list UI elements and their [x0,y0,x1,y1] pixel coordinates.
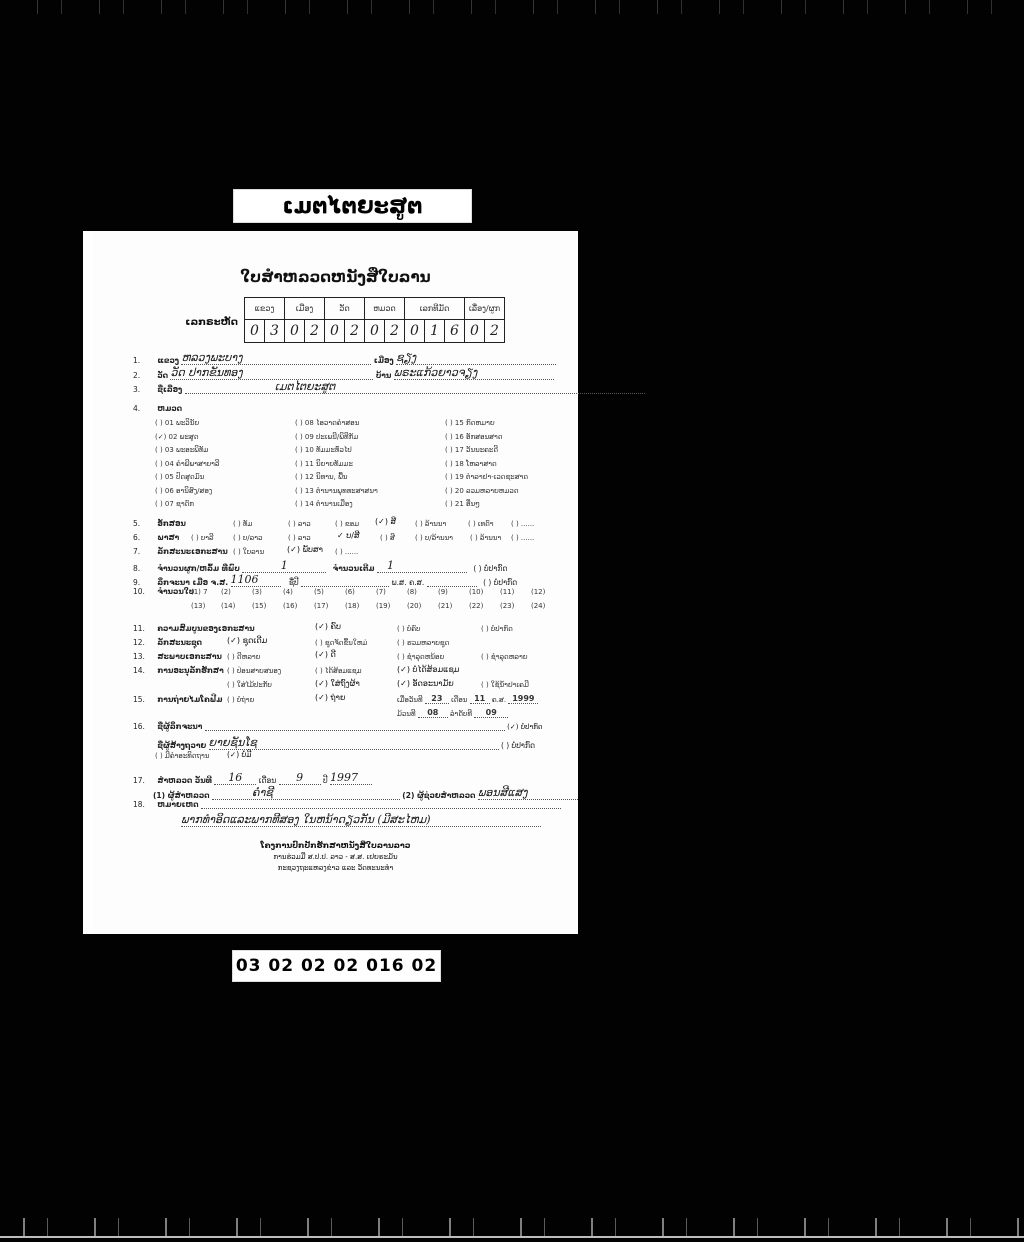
manuscript-title-label: ເມຕໄຕຍະສູຕ [233,189,472,223]
category-option[interactable]: ( ) 13 ຕຳນານພຸທທະສາສນາ [295,485,378,499]
manuscript-code-label: 03 02 02 02 016 02 [232,950,441,982]
category-option[interactable]: ( ) 01 ພະວິນັຍ [155,417,219,431]
field-temple: 2. ວັດ ວັດ ປາກຂັນທອງ ບ້ານ ພຣະແກ້ວຍາວຈຽງ [133,366,554,380]
category-option[interactable]: ( ) 07 ຊາດົກ [155,498,219,512]
district-value: ຊຽງ [396,351,556,365]
script-option[interactable]: ( ) ທັມ [233,520,252,528]
code-table: ແຂວງ ເມືອງ ວັດ ຫມວດ ເລກທີມັດ ເລື່ອງ/ຜູກ … [244,297,505,343]
code-digit: 2 [345,320,365,343]
conservation-option-checked[interactable]: (✓) ບໍ່ໄດ້ສ້ອມແຊມ [397,665,459,674]
field-completeness: 11. ຄວາມສົມບູນຂອງເອກະສານ [133,624,255,633]
code-digit: 3 [265,320,285,343]
field-document-type: 7. ລັກສະນະເອກະສານ [133,547,228,556]
microfilm-option[interactable]: ( ) ບໍ່ຖ່າຍ [227,696,254,704]
field-set-type: 12. ລັກສະນະຊຸດ [133,638,202,647]
condition-option[interactable]: ( ) ຊຳລຸດຫລາຍ [481,653,528,661]
language-option[interactable]: ( ) ບ/ລ້ານນາ [415,534,453,542]
category-option[interactable]: (✓) 02 ພະສູດ [155,431,219,445]
completeness-option[interactable]: ( ) ບໍ່ຄົບ [397,625,420,633]
code-row-label: ເລກຣະຫັດ [185,317,238,328]
condition-option[interactable]: ( ) ຊຳລຸດຫນ້ອຍ [397,653,444,661]
category-option[interactable]: ( ) 21 ອື່ນໆ [445,498,528,512]
code-digit: 0 [325,320,345,343]
language-option[interactable]: ( ) ບ/ລາວ [233,534,262,542]
script-option[interactable]: ( ) ...... [511,520,534,528]
microfilm-option-checked[interactable]: (✓) ຖ່າຍ [315,693,345,702]
footer-project: ໂຄງການປົກປັກຮັກສາຫນັງສືໃບລານລາວ [93,841,578,850]
title-value: ເມຕໄຕຍະສູຕ [185,380,645,394]
province-value: ຫລວງພະບາງ [181,351,371,365]
field-fascicle-count: 8. ຈຳນວນຜູກ/ຫລົ້ມ ທີ່ພົບ 1 ຈຳນວນເຕີມ 1 (… [133,559,507,573]
field-category: 4. ຫມວດ [133,404,182,413]
conservation-option[interactable]: ( ) ໃສ່ໄມ້ປະກັບ [227,681,272,689]
field-remarks: 18. ຫມາຍເຫດ [133,800,561,809]
leaf-count-row-1: (1) 7 (2) (3) (4) (5) (6) (7) (8) (9) (1… [191,588,562,596]
category-option[interactable]: ( ) 14 ຕຳນານເມືອງ [295,498,378,512]
set-type-option[interactable]: ( ) ຮວມຫລາຍຊຸດ [397,639,449,647]
sponsor-value: ຍາຍຊັນໂຊ [209,736,499,750]
category-option[interactable]: ( ) 19 ຕຳລາຢາ-ເວດຊະສາດ [445,471,528,485]
village-value: ພຣະແກ້ວຍາວຈຽງ [394,366,554,380]
code-header-category: ຫມວດ [365,298,405,320]
category-option[interactable]: ( ) 03 ພະອະພິທັມ [155,444,219,458]
field-language: 6. ພາສາ [133,533,179,542]
field-condition: 13. ສະພາບເອກະສານ [133,652,222,661]
field-leaf-count: 10. ຈຳນວນໃບ [133,587,194,596]
code-grid: ເລກຣະຫັດ ແຂວງ ເມືອງ ວັດ ຫມວດ ເລກທີມັດ ເລ… [244,297,505,343]
film-edge-line [0,1236,1024,1238]
category-option[interactable]: ( ) 18 ໂຫລາສາດ [445,458,528,472]
condition-option[interactable]: ( ) ດີຫລາຍ [227,653,260,661]
field-province: 1. ແຂວງ ຫລວງພະບາງ ເມືອງ ຊຽງ [133,351,556,365]
field-script: 5. ອັກສອນ [133,519,186,528]
category-option[interactable]: ( ) 06 ອານິສົງ/ສອງ [155,485,219,499]
code-digit: 0 [245,320,265,343]
footer-cooperation: ການຮ່ວມມື ສ.ປ.ປ. ລາວ - ສ.ສ. ເຢຍຣະມັນ [93,853,578,861]
microfilm-date: ເມື່ອວັນທີ 23 ເດືອນ 11 ຄ.ສ. 1999 [397,694,538,704]
category-option[interactable]: ( ) 16 ອັກສອນສາດ [445,431,528,445]
remarks-value-row: ພາກທຳອິດແລະພາກທີສອງ ໃນຫນ້າດຽວກັນ (ມີສະໄຫ… [181,813,541,827]
field-survey-date: 17. ສຳຫລວດ ວັນທີ 16 ເດືອນ 9 ປີ 1997 [133,771,372,785]
code-digit: 6 [445,320,465,343]
survey-form-page: ໃບສຳຫລວດຫນັງສືໃບລານ ເລກຣະຫັດ ແຂວງ ເມືອງ … [93,231,578,934]
conservation-option-checked[interactable]: (✓) ອັດອະນາມັຍ [397,679,454,688]
code-digit: 2 [385,320,405,343]
category-option[interactable]: ( ) 11 ນິຍາຍທັມມະ [295,458,378,472]
dedication-option[interactable]: ( ) ມີຄຳອະທິດຖານ [155,752,209,760]
script-option[interactable]: ( ) ຂອມ [335,520,359,528]
code-digit: 2 [305,320,325,343]
category-option[interactable]: ( ) 08 ໄອວາດຄຳສອນ [295,417,378,431]
language-option[interactable]: ( ) ...... [511,534,534,542]
field-microfilm: 15. ການຖ່າຍໄມໂຄຟີມ [133,695,223,704]
category-option[interactable]: ( ) 10 ທັມມະທົ່ວໄປ [295,444,378,458]
script-option[interactable]: ( ) ລ້ານນາ [415,520,446,528]
completeness-option[interactable]: ( ) ບໍ່ປາກົດ [481,625,513,633]
category-col-3: ( ) 15 ກົດຫມາຍ ( ) 16 ອັກສອນສາດ ( ) 17 ວ… [445,417,528,512]
code-header-bundle-number: ເລກທີມັດ [405,298,465,320]
completeness-option-checked[interactable]: (✓) ຄົບ [315,622,341,631]
code-header-province: ແຂວງ [245,298,285,320]
field-conservation: 14. ການອະນຸລັກຮັກສາ [133,666,224,675]
code-header-temple: ວັດ [325,298,365,320]
field-sponsor: ຊື່ຜູ້ສ້າງຖວາຍ ຍາຍຊັນໂຊ ( ) ບໍ່ປາກົດ [133,736,535,750]
script-option-checked[interactable]: (✓) ສີ [375,517,396,526]
microfilm-reel: ມ້ວນທີ 08 ລຳດັບທີ 09 [397,708,508,718]
code-digit: 0 [405,320,425,343]
conservation-option[interactable]: ( ) ໄດ້ສ້ອມແຊມ [315,667,362,675]
language-option-checked[interactable]: ✓ ບ/ສີ [337,531,360,540]
code-digit: 0 [285,320,305,343]
code-digit: 1 [425,320,445,343]
category-option[interactable]: ( ) 15 ກົດຫມາຍ [445,417,528,431]
doc-type-option-checked[interactable]: (✓) ພັບສາ [287,545,323,554]
field-title: 3. ຊື່ເລື່ອງ ເມຕໄຕຍະສູຕ [133,380,645,394]
extra-count-value: 1 [377,559,467,573]
category-option[interactable]: ( ) 12 ນິທານ, ພື້ນ [295,471,378,485]
doc-type-option[interactable]: ( ) ...... [335,548,358,556]
form-title: ໃບສຳຫລວດຫນັງສືໃບລານ [93,268,578,286]
category-col-2: ( ) 08 ໄອວາດຄຳສອນ ( ) 09 ປະເພນີ/ພິທີກັມ … [295,417,378,512]
condition-option-checked[interactable]: (✓) ດີ [315,650,336,659]
set-type-option-checked[interactable]: (✓) ຊຸດເດີມ [227,636,267,645]
set-type-option[interactable]: ( ) ຊຸດຈັດຂຶ້ນໃຫມ່ [315,639,367,647]
category-option[interactable]: ( ) 05 ປົດສູດມົນ [155,471,219,485]
doc-type-option[interactable]: ( ) ໃບລານ [233,548,264,556]
cs-year-value: 1106 [231,573,281,587]
code-header-district: ເມືອງ [285,298,325,320]
field-surveyors: (1) ຜູ້ສຳຫລວດ ຄຳຊີ (2) ຜູ້ຊ່ວຍສຳຫລວດ ພອນ… [153,786,578,800]
conservation-option[interactable]: ( ) ປ່ອນສາຍສນອງ [227,667,281,675]
film-edge-bottom [0,1218,1024,1236]
fascicle-count-value: 1 [242,559,326,573]
language-option[interactable]: ( ) ບາລີ [191,534,214,542]
script-option[interactable]: ( ) ລາວ [288,520,311,528]
conservation-option[interactable]: ( ) ໃຊ້ນ້ຳຢາເຄມີ [481,681,529,689]
field-scribe: 16. ຊື່ຜູ້ລຶກຈະນາ (✓) ບໍ່ປາກົດ [133,722,543,731]
category-option[interactable]: ( ) 17 ວັນນະຄະດີ [445,444,528,458]
language-option[interactable]: ( ) ສີ [380,534,395,542]
category-option[interactable]: ( ) 20 ລວມຫລາຍຫມວດ [445,485,528,499]
code-header-fascicle: ເລື່ອງ/ຜູກ [465,298,505,320]
page-edge [83,231,93,934]
remarks-value: ພາກທຳອິດແລະພາກທີສອງ ໃນຫນ້າດຽວກັນ (ມີສະໄຫ… [181,813,541,827]
assistant-surveyor-value: ພອນສີແສງ [478,786,578,800]
code-digit: 0 [365,320,385,343]
code-digit: 0 [465,320,485,343]
category-option[interactable]: ( ) 09 ປະເພນີ/ພິທີກັມ [295,431,378,445]
surveyor-value: ຄຳຊີ [212,786,400,800]
field-inscription-date: 9. ລຶກຈະນາ ເມື່ອ ຈ.ສ. 1106 ຊື່ປີ ພ.ສ. ຄ.… [133,573,517,587]
category-col-1: ( ) 01 ພະວິນັຍ (✓) 02 ພະສູດ ( ) 03 ພະອະພ… [155,417,219,512]
dedication-option-checked[interactable]: (✓) ບໍ່ມີ [227,750,251,759]
script-option[interactable]: ( ) ເທດົາ [468,520,494,528]
film-edge-top [0,0,1024,14]
leaf-count-row-2: (13) (14) (15) (16) (17) (18) (19) (20) … [191,602,562,610]
conservation-option-checked[interactable]: (✓) ໃສ່ຖົງຜ້າ [315,679,360,688]
language-option[interactable]: ( ) ລ້ານນາ [470,534,501,542]
code-digit: 2 [485,320,505,343]
language-option[interactable]: ( ) ລາວ [288,534,311,542]
temple-value: ວັດ ປາກຂັນທອງ [170,366,373,380]
footer-ministry: ກະຊວງຖະແຫລງຂ່າວ ແລະ ວັດທະນະທຳ [93,864,578,872]
category-option[interactable]: ( ) 04 ຄຳພີພາສາບາລີ [155,458,219,472]
